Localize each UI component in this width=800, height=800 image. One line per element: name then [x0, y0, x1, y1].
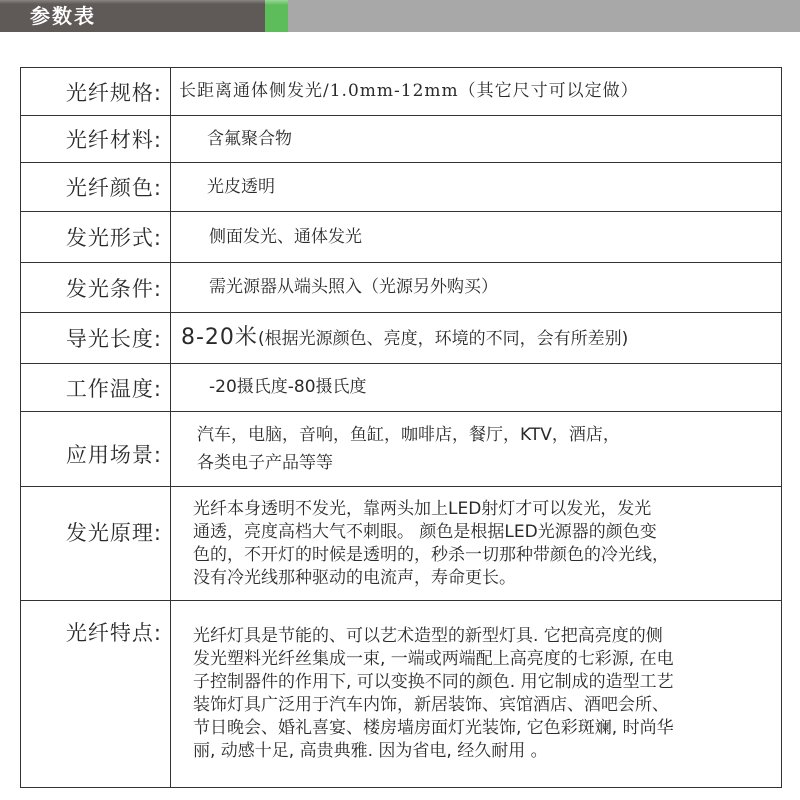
- row-value: 需光源器从端头照入（光源另外购买）: [171, 263, 782, 313]
- length-note: (根据光源颜色、亮度，环境的不同，会有所差别): [258, 329, 628, 349]
- value-line: 汽车，电脑，音响，鱼缸，咖啡店，餐厅，KTV，酒店，: [197, 421, 781, 449]
- value-line: 发光塑料光纤丝集成一束, 一端或两端配上高亮度的七彩源, 在电: [193, 648, 775, 671]
- row-label: 发光形式:: [21, 212, 171, 263]
- value-line: 子控制器件的作用下, 可以变换不同的颜色. 用它制成的造型工艺: [193, 671, 775, 694]
- row-value: 光皮透明: [171, 163, 782, 212]
- value-line: 装饰灯具广泛用于汽车内饰，新居装饰、宾馆酒店、酒吧会所、: [193, 694, 775, 717]
- row-label: 工作温度:: [21, 364, 171, 412]
- row-label: 光纤颜色:: [21, 163, 171, 212]
- header-green-accent: [265, 0, 288, 32]
- parameter-table: 光纤规格: 长距离通体侧发光/1.0mm-12mm（其它尺寸可以定做） 光纤材料…: [20, 67, 782, 788]
- row-value: 光纤灯具是节能的、可以艺术造型的新型灯具. 它把高亮度的侧 发光塑料光纤丝集成一…: [171, 601, 782, 788]
- row-label: 应用场景:: [21, 412, 171, 487]
- value-line: 各类电子产品等等: [197, 449, 781, 477]
- row-label: 导光长度:: [21, 313, 171, 364]
- row-label: 发光条件:: [21, 263, 171, 313]
- row-value: -20摄氏度-80摄氏度: [171, 364, 782, 412]
- row-label: 光纤特点:: [21, 601, 171, 788]
- row-value: 汽车，电脑，音响，鱼缸，咖啡店，餐厅，KTV，酒店， 各类电子产品等等: [171, 412, 782, 487]
- row-value: 侧面发光、通体发光: [171, 212, 782, 263]
- section-title: 参数表: [30, 4, 96, 28]
- row-label: 光纤规格:: [21, 68, 171, 116]
- row-value: 长距离通体侧发光/1.0mm-12mm（其它尺寸可以定做）: [171, 68, 782, 116]
- table-row-spec: 光纤规格: 长距离通体侧发光/1.0mm-12mm（其它尺寸可以定做）: [21, 68, 782, 116]
- value-line: 节日晚会、婚礼喜宴、楼房墙房面灯光装饰, 它色彩斑斓, 时尚华: [193, 717, 775, 740]
- table-row-applications: 应用场景: 汽车，电脑，音响，鱼缸，咖啡店，餐厅，KTV，酒店， 各类电子产品等…: [21, 412, 782, 487]
- table-row-light-length: 导光长度: 8-20米(根据光源颜色、亮度，环境的不同，会有所差别): [21, 313, 782, 364]
- table-row-color: 光纤颜色: 光皮透明: [21, 163, 782, 212]
- table-row-emission-condition: 发光条件: 需光源器从端头照入（光源另外购买）: [21, 263, 782, 313]
- table-row-temperature: 工作温度: -20摄氏度-80摄氏度: [21, 364, 782, 412]
- table-row-material: 光纤材料: 含氟聚合物: [21, 116, 782, 163]
- row-label: 光纤材料:: [21, 116, 171, 163]
- value-line: 没有冷光线那种驱动的电流声，寿命更长。: [193, 567, 775, 590]
- section-header-bar: 参数表: [0, 0, 800, 32]
- row-value: 8-20米(根据光源颜色、亮度，环境的不同，会有所差别): [171, 313, 782, 364]
- value-line: 光纤灯具是节能的、可以艺术造型的新型灯具. 它把高亮度的侧: [193, 625, 775, 648]
- value-line: 通透，亮度高档大气不刺眼。 颜色是根据LED光源器的颜色变: [193, 521, 775, 544]
- table-row-principle: 发光原理: 光纤本身透明不发光，靠两头加上LED射灯才可以发光，发光 通透，亮度…: [21, 487, 782, 601]
- row-value: 含氟聚合物: [171, 116, 782, 163]
- table-row-features: 光纤特点: 光纤灯具是节能的、可以艺术造型的新型灯具. 它把高亮度的侧 发光塑料…: [21, 601, 782, 788]
- value-line: 光纤本身透明不发光，靠两头加上LED射灯才可以发光，发光: [193, 498, 775, 521]
- length-range: 8-20米: [181, 325, 258, 350]
- row-label: 发光原理:: [21, 487, 171, 601]
- value-line: 色的，不开灯的时候是透明的，秒杀一切那种带颜色的冷光线，: [193, 544, 775, 567]
- value-line: 丽, 动感十足, 高贵典雅. 因为省电, 经久耐用 。: [193, 740, 775, 763]
- table-row-emission-form: 发光形式: 侧面发光、通体发光: [21, 212, 782, 263]
- row-value: 光纤本身透明不发光，靠两头加上LED射灯才可以发光，发光 通透，亮度高档大气不刺…: [171, 487, 782, 601]
